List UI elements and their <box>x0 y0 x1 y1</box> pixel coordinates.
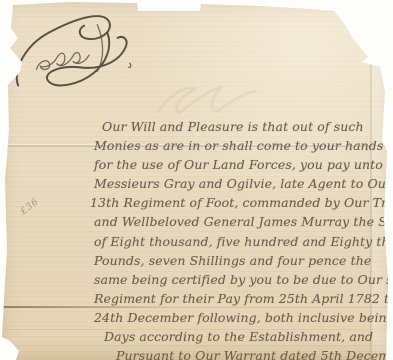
photo-stage: George R. £36 Our Will and Pleasure is t… <box>0 0 393 360</box>
manuscript-line: and Wellbeloved General James Murray the… <box>94 212 386 231</box>
manuscript-paper: George R. £36 Our Will and Pleasure is t… <box>0 0 393 360</box>
manuscript-line: 13th Regiment of Foot, commanded by Our … <box>90 193 386 212</box>
manuscript-line: Pounds, seven Shillings and four pence t… <box>94 251 386 270</box>
signature-flourish-drawing <box>8 4 150 96</box>
royal-signature: George R. <box>8 4 150 96</box>
manuscript-line: Monies as are in or shall come to your h… <box>94 136 386 155</box>
manuscript-line: of Eight thousand, five hundred and Eigh… <box>94 232 386 251</box>
manuscript-line: Pursuant to Our Warrant dated 5th Decemb… <box>116 346 386 360</box>
manuscript-line: same being certified by you to be due to… <box>94 270 386 289</box>
manuscript-body: Our Will and Pleasure is that out of suc… <box>94 117 386 360</box>
signature-text: George R. <box>150 4 151 5</box>
manuscript-line: 24th December following, both inclusive … <box>94 308 386 327</box>
manuscript-line: Regiment for their Pay from 25th April 1… <box>94 289 386 308</box>
margin-pencil-note: £36 <box>19 197 41 217</box>
manuscript-line: Our Will and Pleasure is that out of suc… <box>102 117 386 136</box>
manuscript-line: Messieurs Gray and Ogilvie, late Agent t… <box>94 174 386 193</box>
manuscript-line: Days according to the Establishment, and <box>104 327 386 346</box>
ink-bleedthrough-mark <box>150 74 282 120</box>
manuscript-line: for the use of Our Land Forces, you pay … <box>94 155 386 174</box>
